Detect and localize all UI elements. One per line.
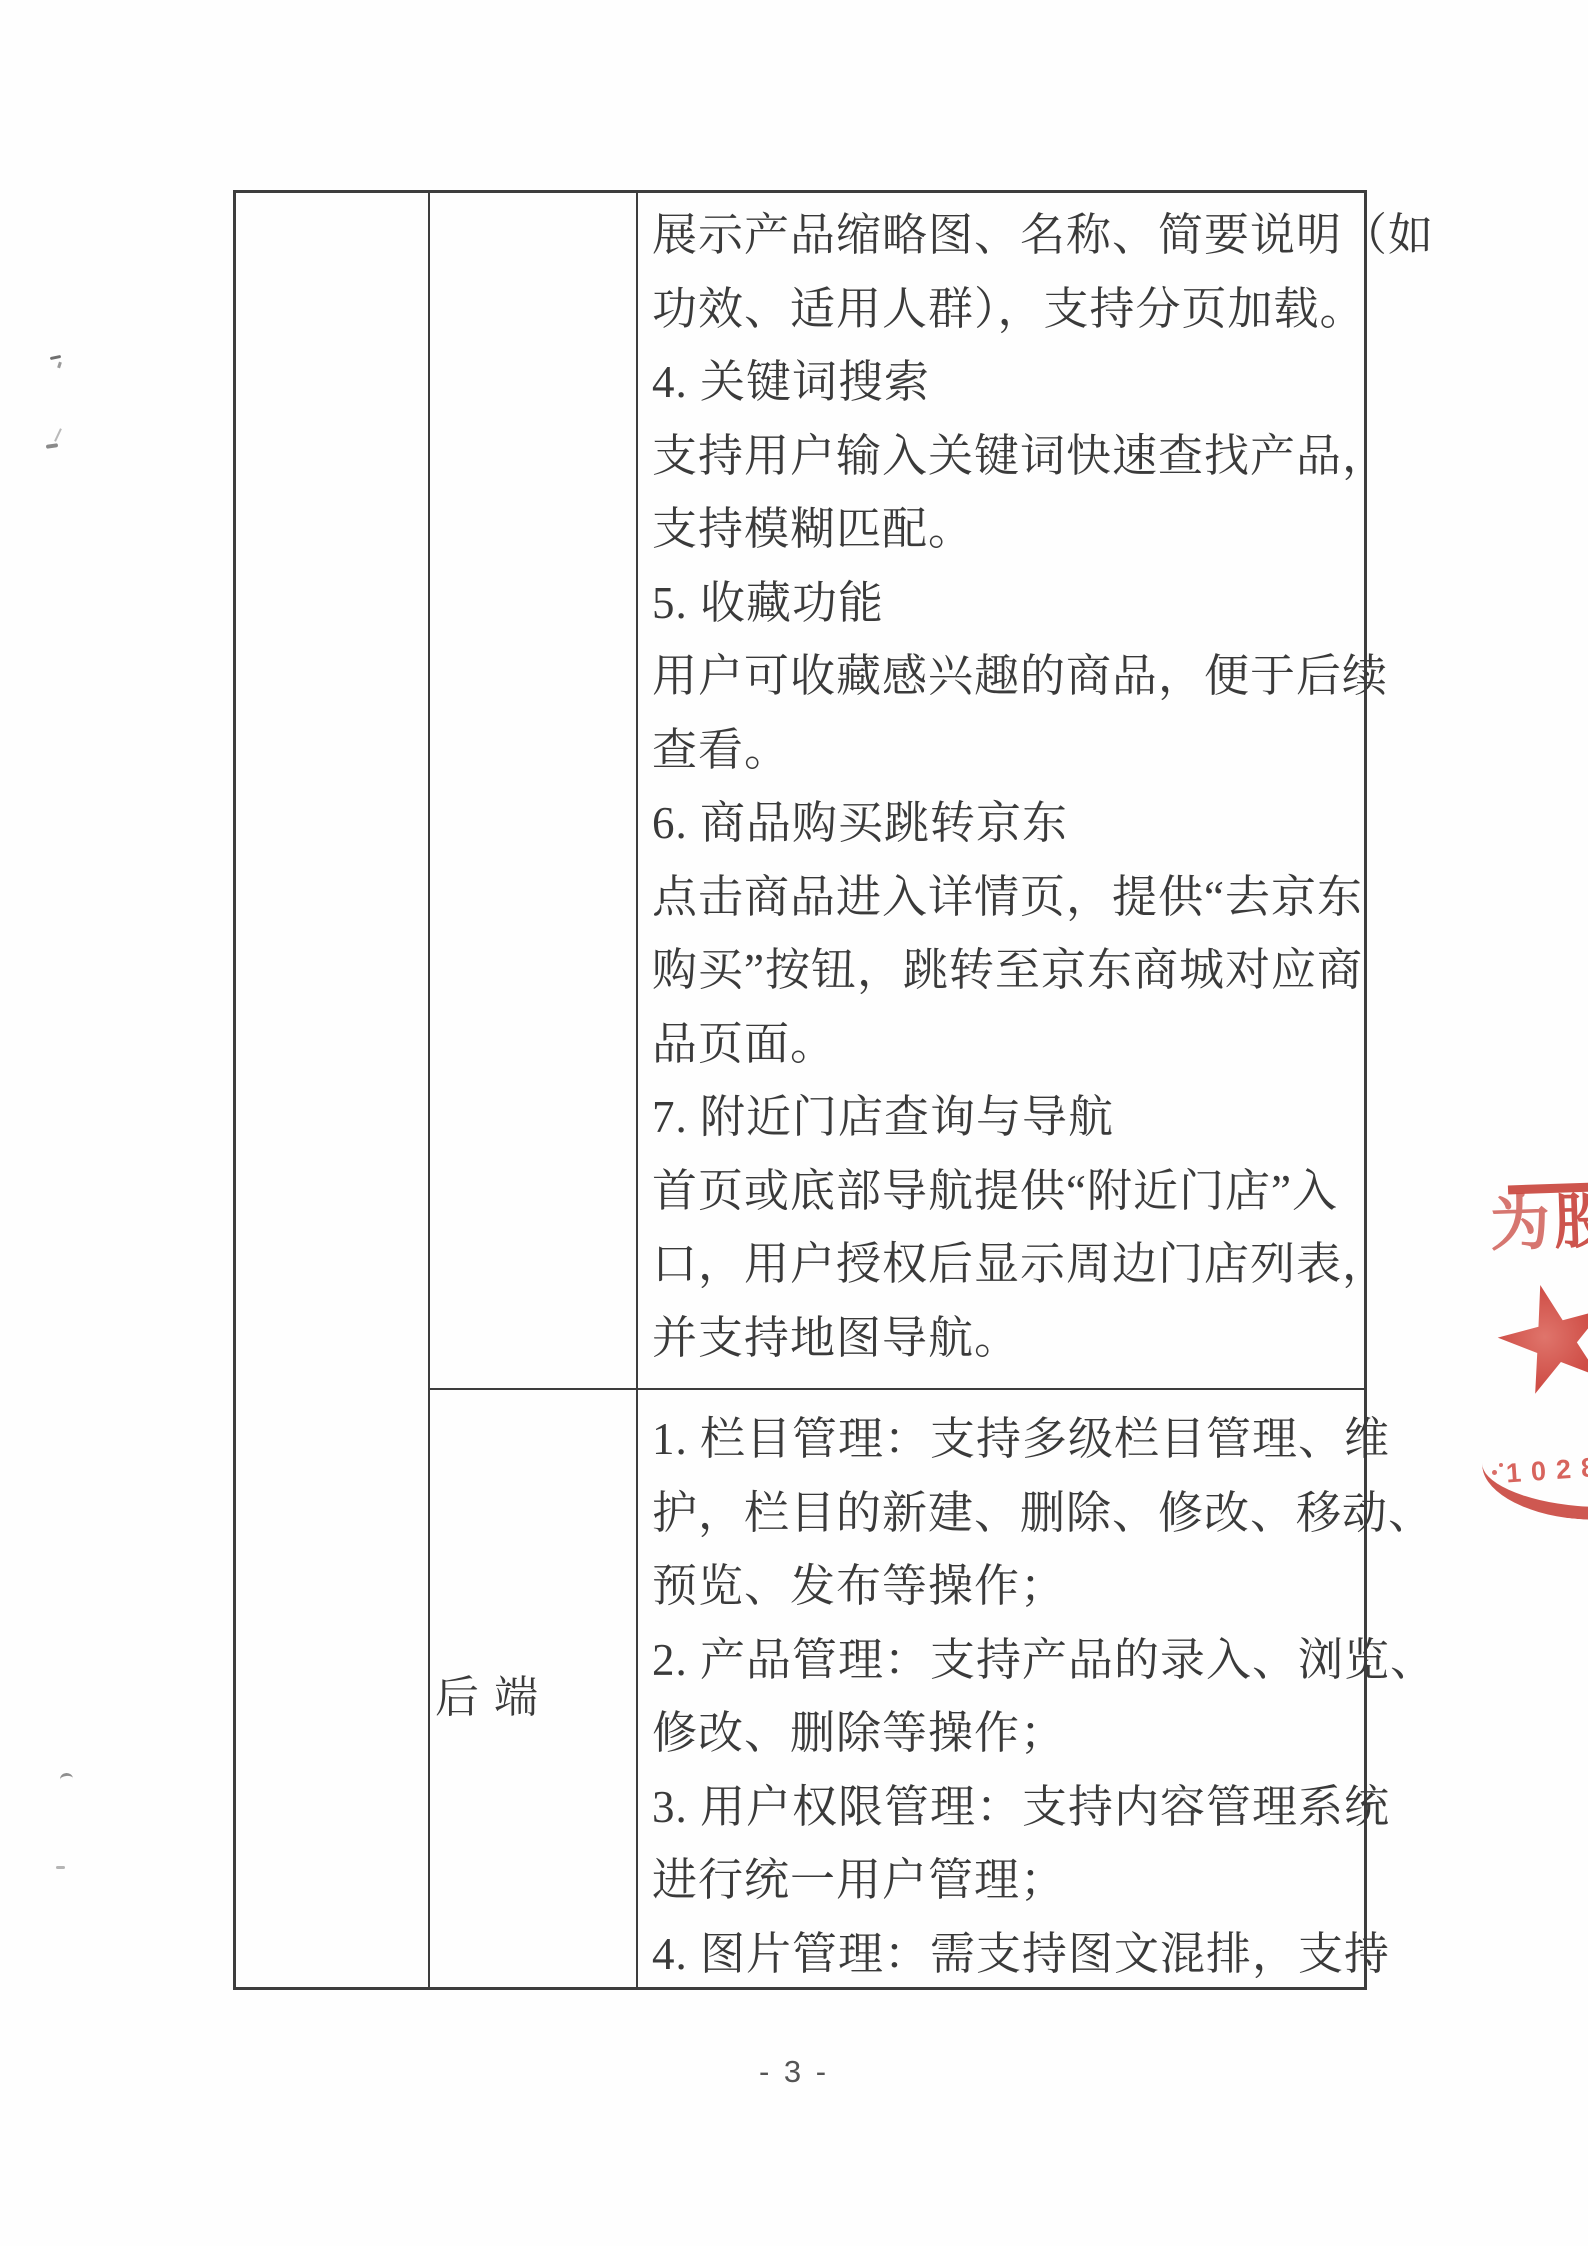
table-text-line: 4. 图片管理：需支持图文混排，支持 — [652, 1918, 1362, 1992]
backend-row-label: 后端 — [426, 1661, 638, 1734]
table-text-line: 1. 栏目管理：支持多级栏目管理、维 — [652, 1403, 1362, 1477]
table-text-line: 支持用户输入关键词快速查找产品， — [652, 420, 1362, 494]
table-text-line: 口，用户授权后显示周边门店列表， — [652, 1228, 1362, 1302]
table-text-line: 查看。 — [652, 714, 1362, 788]
stamp-character-left: 为 — [1489, 1190, 1555, 1258]
scan-speck — [57, 362, 62, 369]
table-text-line: 并支持地图导航。 — [652, 1302, 1362, 1376]
table-text-line: 展示产品缩略图、名称、简要说明（如 — [652, 199, 1362, 273]
table-text-line: 支持模糊匹配。 — [652, 493, 1362, 567]
requirements-table: 展示产品缩略图、名称、简要说明（如 功效、适用人群），支持分页加载。 4. 关键… — [233, 190, 1367, 1990]
table-text-line: 点击商品进入详情页，提供“去京东 — [652, 861, 1362, 935]
backend-requirements-cell: 1. 栏目管理：支持多级栏目管理、维 护，栏目的新建、删除、修改、移动、 预览、… — [652, 1403, 1362, 1991]
table-text-line: 3. 用户权限管理：支持内容管理系统 — [652, 1771, 1362, 1845]
scan-speck — [46, 443, 58, 449]
table-text-line: 护，栏目的新建、删除、修改、移动、 — [652, 1477, 1362, 1551]
table-text-line: 5. 收藏功能 — [652, 567, 1362, 641]
table-text-line: 4. 关键词搜索 — [652, 346, 1362, 420]
table-text-line: 修改、删除等操作； — [652, 1697, 1362, 1771]
stamp-rim-arc — [1478, 1416, 1588, 1528]
table-text-line: 用户可收藏感兴趣的商品，便于后续 — [652, 640, 1362, 714]
table-text-line: 功效、适用人群），支持分页加载。 — [652, 273, 1362, 347]
table-row-divider — [428, 1388, 1364, 1390]
scanned-document-page: 展示产品缩略图、名称、简要说明（如 功效、适用人群），支持分页加载。 4. 关键… — [0, 0, 1588, 2246]
stamp-star-icon — [1485, 1270, 1588, 1410]
stamp-characters: 为股 — [1489, 1190, 1588, 1256]
stamp-character-right: 股 — [1553, 1188, 1588, 1256]
table-text-line: 2. 产品管理：支持产品的录入、浏览、 — [652, 1624, 1362, 1698]
scan-speck — [50, 355, 61, 360]
table-text-line: 7. 附近门店查询与导航 — [652, 1081, 1362, 1155]
table-text-line: 6. 商品购买跳转京东 — [652, 787, 1362, 861]
table-text-line: 品页面。 — [652, 1008, 1362, 1082]
frontend-requirements-cell: 展示产品缩略图、名称、简要说明（如 功效、适用人群），支持分页加载。 4. 关键… — [652, 199, 1362, 1375]
scan-speck — [59, 1772, 73, 1785]
table-text-line: 购买”按钮，跳转至京东商城对应商 — [652, 934, 1362, 1008]
table-text-line: 进行统一用户管理； — [652, 1844, 1362, 1918]
table-text-line: 预览、发布等操作； — [652, 1550, 1362, 1624]
scan-speck — [56, 1866, 65, 1869]
page-number: - 3 - — [0, 2054, 1588, 2090]
table-text-line: 首页或底部导航提供“附近门店”入 — [652, 1155, 1362, 1229]
scan-speck — [54, 428, 62, 442]
